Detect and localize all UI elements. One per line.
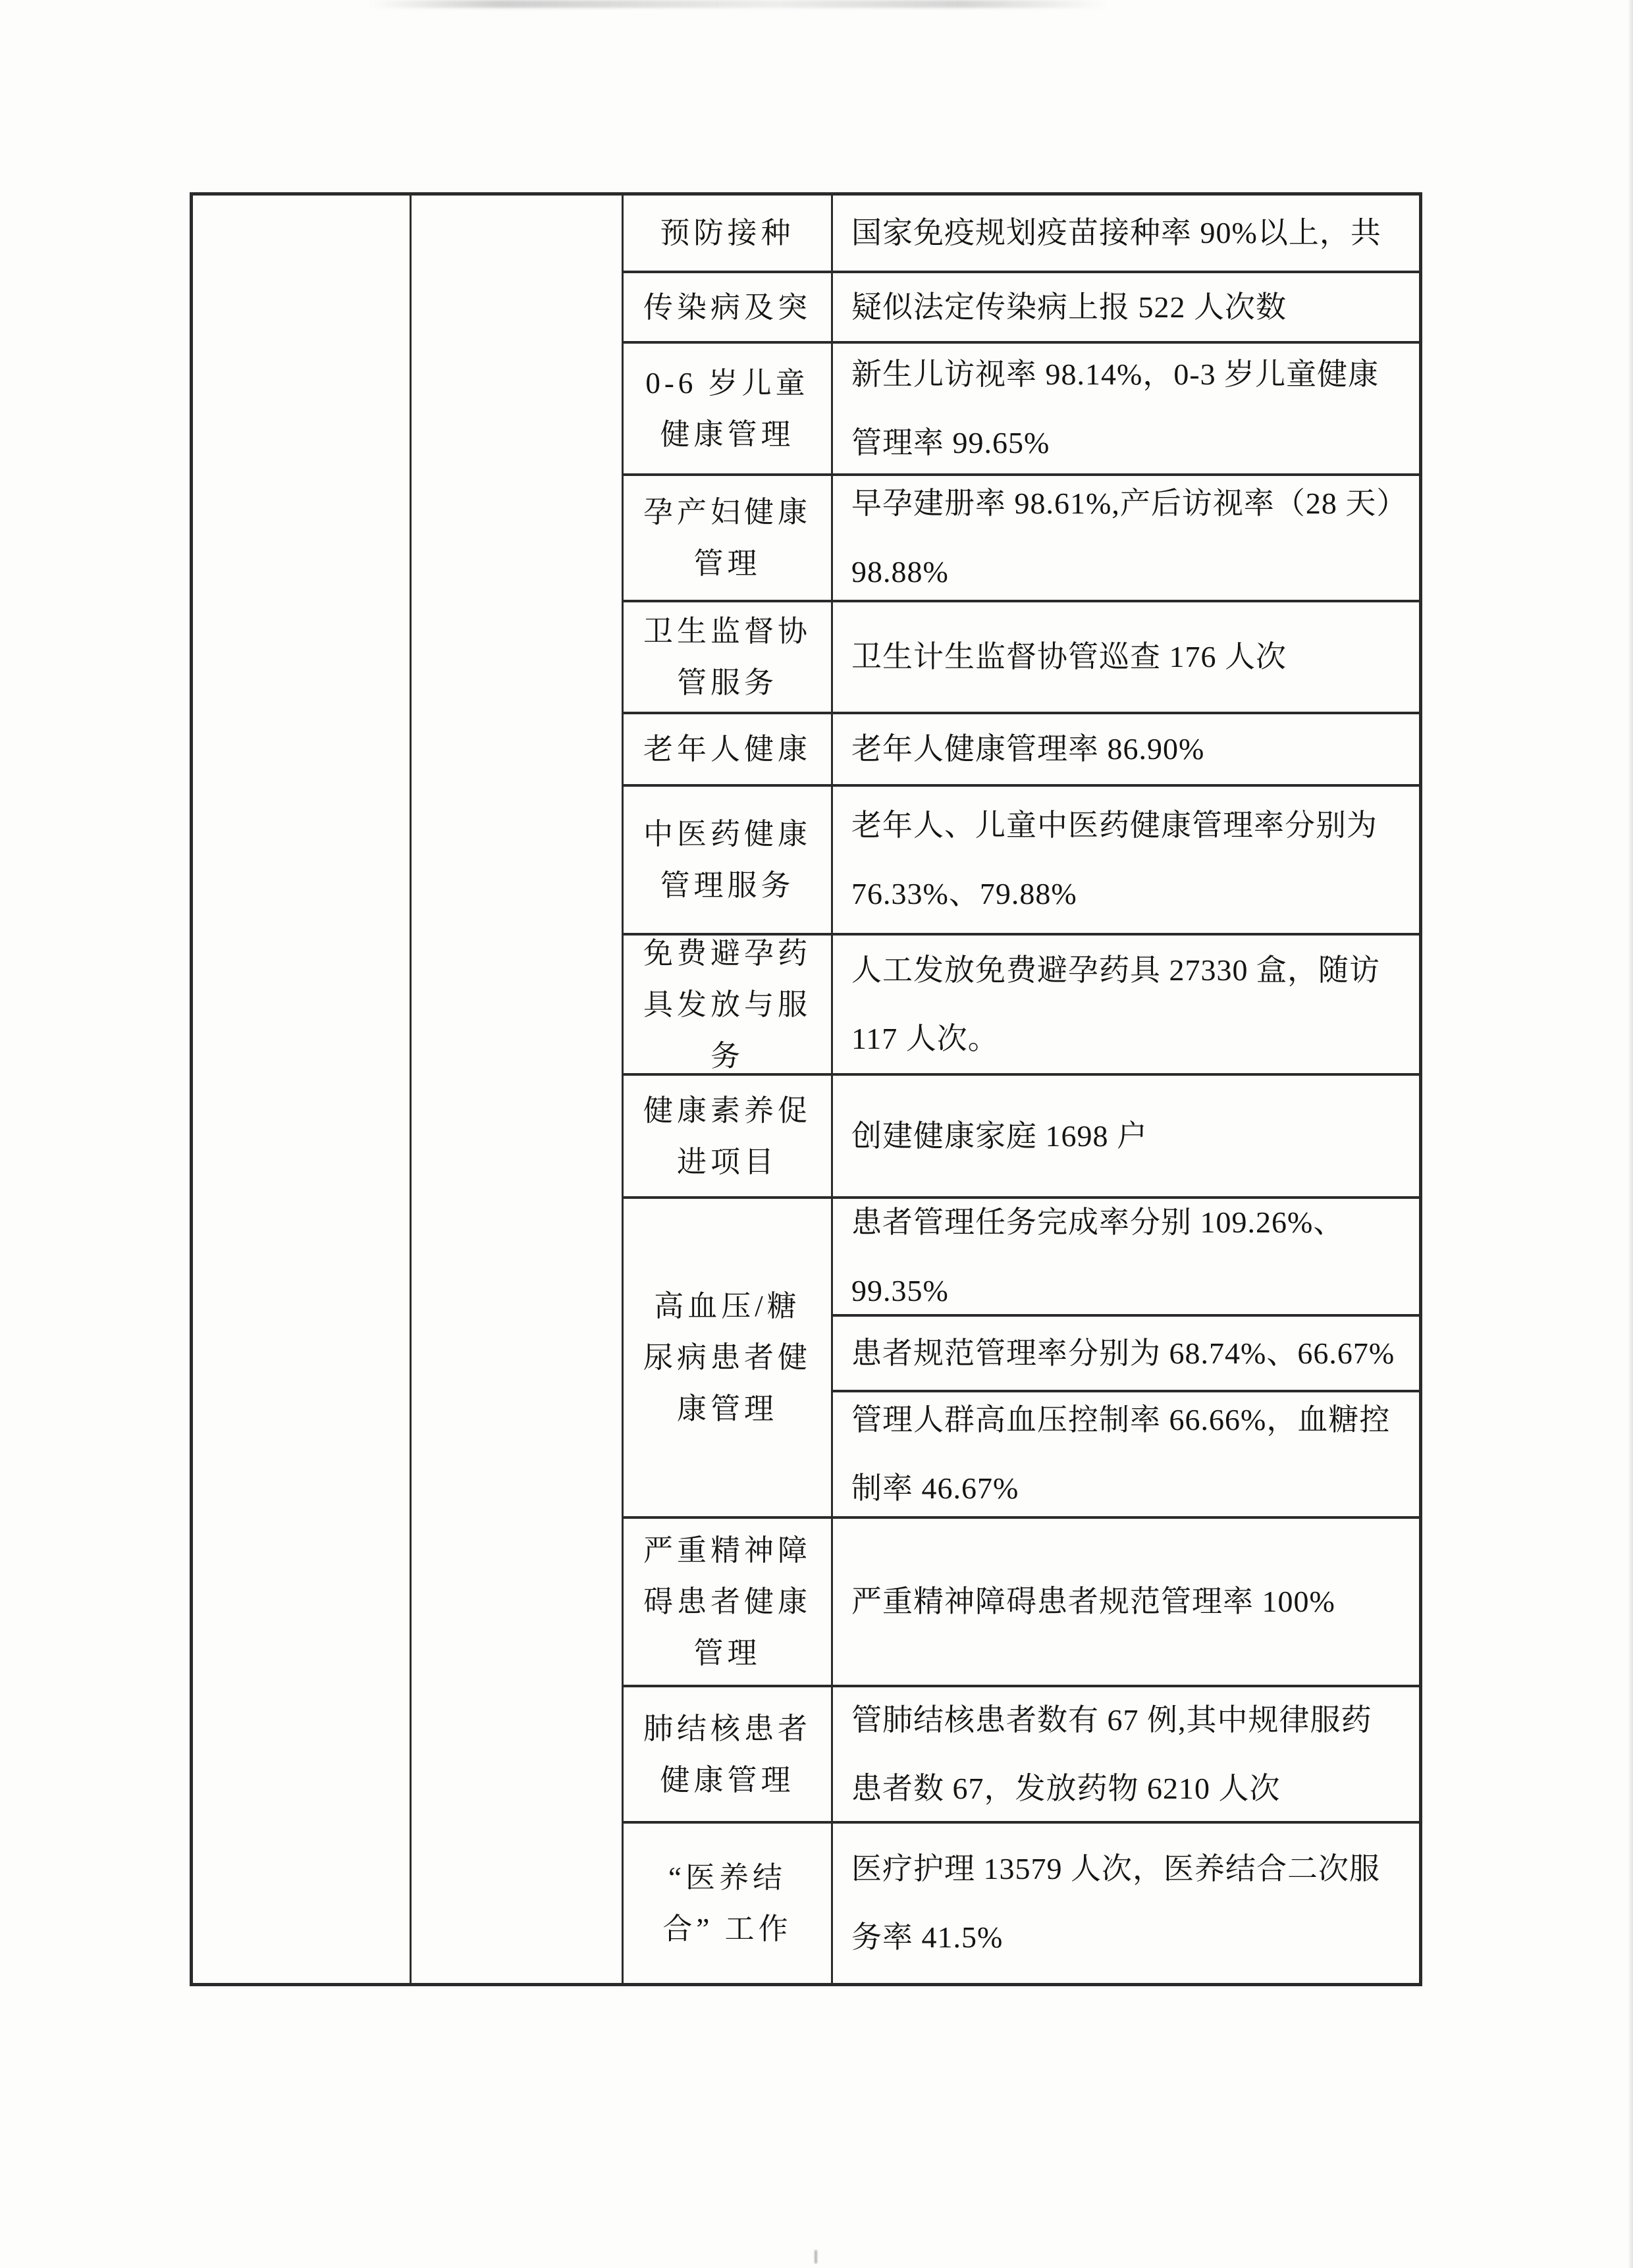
row-content-medical-care-integration: 医疗护理 13579 人次，医养结合二次服 务率 41.5% (833, 1824, 1419, 1983)
row-label-elderly-health: 老年人健康 (624, 714, 833, 787)
row-content-control-rate: 管理人群高血压控制率 66.66%，血糖控 制率 46.67% (833, 1392, 1419, 1519)
scan-artifact-top-streak (369, 0, 1106, 8)
scan-artifact-right-edge (1628, 0, 1633, 2268)
row-content-tuberculosis: 管肺结核患者数有 67 例,其中规律服药 患者数 67，发放药物 6210 人次 (833, 1687, 1419, 1824)
row-label-contraceptives: 免费避孕药 具发放与服 务 (624, 936, 833, 1076)
row-content-health-literacy: 创建健康家庭 1698 户 (833, 1076, 1419, 1199)
merged-empty-column-1 (193, 196, 412, 1983)
row-content-mental-disorder: 严重精神障碍患者规范管理率 100% (833, 1519, 1419, 1687)
row-label-vaccination: 预防接种 (624, 196, 833, 273)
row-label-health-supervision: 卫生监督协 管服务 (624, 602, 833, 714)
row-label-tcm-management: 中医药健康 管理服务 (624, 787, 833, 936)
row-content-contraceptives: 人工发放免费避孕药具 27330 盒，随访 117 人次。 (833, 936, 1419, 1076)
scan-artifact-bottom-tick (815, 2250, 817, 2263)
row-label-tuberculosis: 肺结核患者 健康管理 (624, 1687, 833, 1824)
row-label-child-health: 0-6 岁儿童 健康管理 (624, 344, 833, 476)
row-content-health-supervision: 卫生计生监督协管巡查 176 人次 (833, 602, 1419, 714)
row-content-infectious-disease: 疑似法定传染病上报 522 人次数 (833, 273, 1419, 344)
row-label-hypertension-diabetes: 高血压/糖 尿病患者健 康管理 (624, 1199, 833, 1519)
row-content-child-health: 新生儿访视率 98.14%，0-3 岁儿童健康 管理率 99.65% (833, 344, 1419, 476)
row-content-elderly-health: 老年人健康管理率 86.90% (833, 714, 1419, 787)
row-label-maternal-health: 孕产妇健康 管理 (624, 476, 833, 602)
merged-empty-column-2 (412, 196, 624, 1983)
row-content-tcm-management: 老年人、儿童中医药健康管理率分别为 76.33%、79.88% (833, 787, 1419, 936)
row-label-health-literacy: 健康素养促 进项目 (624, 1076, 833, 1199)
row-content-vaccination: 国家免疫规划疫苗接种率 90%以上，共 (833, 196, 1419, 273)
health-services-table: 预防接种 国家免疫规划疫苗接种率 90%以上，共 传染病及突 疑似法定传染病上报… (190, 192, 1422, 1986)
row-content-task-completion-rate: 患者管理任务完成率分别 109.26%、 99.35% (833, 1199, 1419, 1317)
row-label-mental-disorder: 严重精神障 碍患者健康 管理 (624, 1519, 833, 1687)
row-label-medical-care-integration: “医养结 合” 工作 (624, 1824, 833, 1983)
row-label-infectious-disease: 传染病及突 (624, 273, 833, 344)
row-content-maternal-health: 早孕建册率 98.61%,产后访视率（28 天） 98.88% (833, 476, 1419, 602)
scanned-page: 预防接种 国家免疫规划疫苗接种率 90%以上，共 传染病及突 疑似法定传染病上报… (0, 0, 1633, 2268)
row-content-standard-management-rate: 患者规范管理率分别为 68.74%、66.67% (833, 1317, 1419, 1392)
